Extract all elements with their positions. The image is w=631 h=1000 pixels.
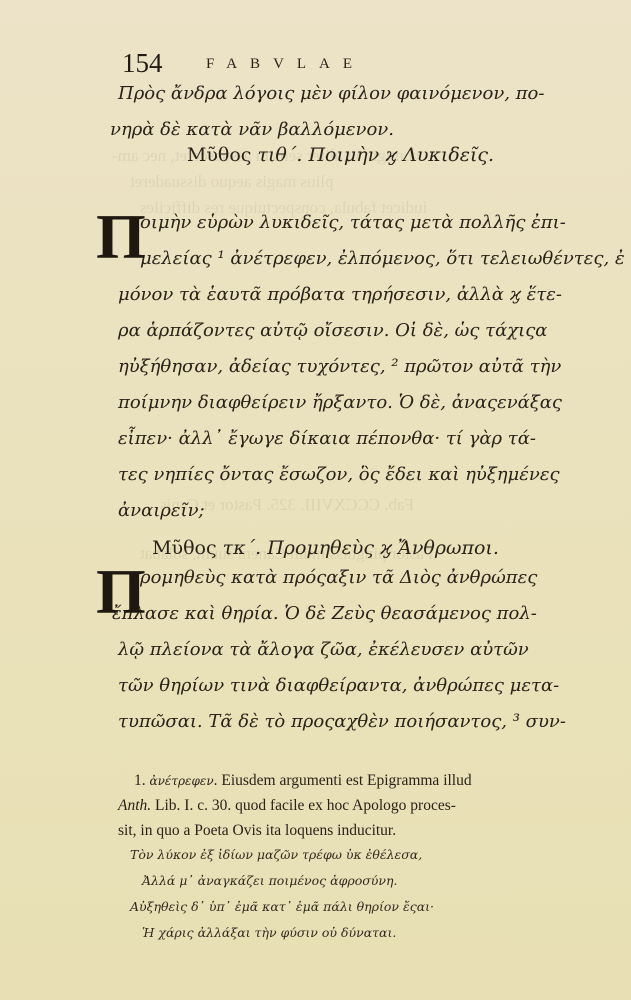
- text-line: ποίμνην διαφθείρειν ἤρξαντο. Ὁ δὲ, ἀναςε…: [96, 385, 588, 421]
- fable-title-label: Μῦθος: [187, 144, 252, 166]
- footnote-text: Lib. I. c. 30. quod facile ex hoc Apolog…: [151, 797, 456, 814]
- verse-line: Ἀλλά μ᾽ ἀναγκάζει ποιμένος ἀφροσύνη.: [130, 868, 550, 894]
- drop-cap: Π: [96, 562, 146, 622]
- page-number: 154: [122, 48, 163, 78]
- text-line: ρομηθεὺς κατὰ πρόςαξιν τᾶ Διὸς ἀνθρώπες: [96, 560, 588, 596]
- fable-title: Μῦθος τιθ΄. Ποιμὴν ϗ Λυκιδεῖς.: [0, 140, 631, 170]
- footnote-text: . Eiusdem argumenti est Epigramma illud: [214, 772, 472, 789]
- book-page: contigit, ut aliter sensim assuesceret, …: [0, 0, 631, 1000]
- text-line: ρα ἁρπάζοντες αὐτῷ οἴσεσιν. Οἱ δὲ, ὡς τά…: [96, 313, 588, 349]
- fable-body: Π ρομηθεὺς κατὰ πρόςαξιν τᾶ Διὸς ἀνθρώπε…: [96, 560, 588, 740]
- text-line: μόνον τὰ ἑαυτᾶ πρόβατα τηρήσεσιν, ἀλλὰ ϗ…: [96, 277, 588, 313]
- fable-title: Μῦθος τκ΄. Προμηθεὺς ϗ Ἄνθρωποι.: [0, 533, 631, 563]
- text-line: μελείας ¹ ἀνέτρεφεν, ἐλπόμενος, ὅτι τελε…: [96, 241, 588, 277]
- fable-title-text: Προμηθεὺς ϗ Ἄνθρωποι.: [267, 537, 499, 559]
- bleed-through-line: plius magis aequo dissuaderet: [130, 172, 334, 192]
- text-line: ἔπλασε καὶ θηρία. Ὁ δὲ Ζεὺς θεασάμενος π…: [96, 596, 588, 632]
- verse-line: Τὸν λύκον ἐξ ἰδίων μαζῶν τρέφω ὐκ ἐθέλεσ…: [130, 842, 550, 868]
- text-line: τυπῶσαι. Τᾶ δὲ τὸ προςαχθὲν ποιήσαντος, …: [96, 704, 588, 740]
- text-line: ηὐξήθησαν, ἀδείας τυχόντες, ² πρῶτον αὐτ…: [96, 349, 588, 385]
- fable-title-text: Ποιμὴν ϗ Λυκιδεῖς.: [308, 144, 494, 166]
- epigram-quote: Τὸν λύκον ἐξ ἰδίων μαζῶν τρέφω ὐκ ἐθέλεσ…: [130, 842, 550, 946]
- footnote-line: 1. ἀνέτρεφεν. Eiusdem argumenti est Epig…: [118, 768, 588, 793]
- footnote-lemma: ἀνέτρεφεν: [150, 774, 214, 788]
- footnote-line: Anth. Lib. I. c. 30. quod facile ex hoc …: [118, 793, 588, 818]
- fable-number: τκ΄.: [223, 537, 262, 559]
- footnote-line: sit, in quo a Poeta Ovis ita loquens ind…: [118, 818, 588, 843]
- fable-title-label: Μῦθος: [152, 537, 217, 559]
- fable-number: τιθ΄.: [257, 144, 302, 166]
- text-line: τῶν θηρίων τινὰ διαφθείραντα, ἀνθρώπες μ…: [96, 668, 588, 704]
- drop-cap: Π: [96, 207, 146, 267]
- text-line: ἀναιρεῖν;: [96, 493, 588, 529]
- text-line: οιμὴν εὑρὼν λυκιδεῖς, τάτας μετὰ πολλῆς …: [96, 205, 588, 241]
- footnote-abbreviation: Anth.: [118, 797, 151, 814]
- text-line: Πρὸς ἄνδρα λόγοις μὲν φίλον φαινόμενον, …: [118, 76, 586, 112]
- fable-body: Π οιμὴν εὑρὼν λυκιδεῖς, τάτας μετὰ πολλῆ…: [96, 205, 588, 529]
- verse-line: Ἡ χάρις ἀλλάξαι τὴν φύσιν οὐ δύναται.: [130, 920, 550, 946]
- running-head: FABVLAE: [206, 54, 365, 74]
- text-line: λῷ πλείονα τὰ ἄλογα ζῶα, ἐκέλευσεν αὐτῶν: [96, 632, 588, 668]
- footnote-number: 1.: [134, 772, 146, 789]
- previous-fable-moral: Πρὸς ἄνδρα λόγοις μὲν φίλον φαινόμενον, …: [118, 76, 586, 148]
- verse-line: Αὐξηθεὶς δ᾽ ὑπ᾽ ἐμᾶ κατ᾽ ἐμᾶ πάλι θηρίον…: [130, 894, 550, 920]
- text-line: τες νηπίες ὄντας ἔσωζον, ὃς ἔδει καὶ ηὐξ…: [96, 457, 588, 493]
- text-line: εἶπεν· ἀλλ᾽ ἔγωγε δίκαια πέπονθα· τί γὰρ…: [96, 421, 588, 457]
- footnotes: 1. ἀνέτρεφεν. Eiusdem argumenti est Epig…: [118, 768, 588, 843]
